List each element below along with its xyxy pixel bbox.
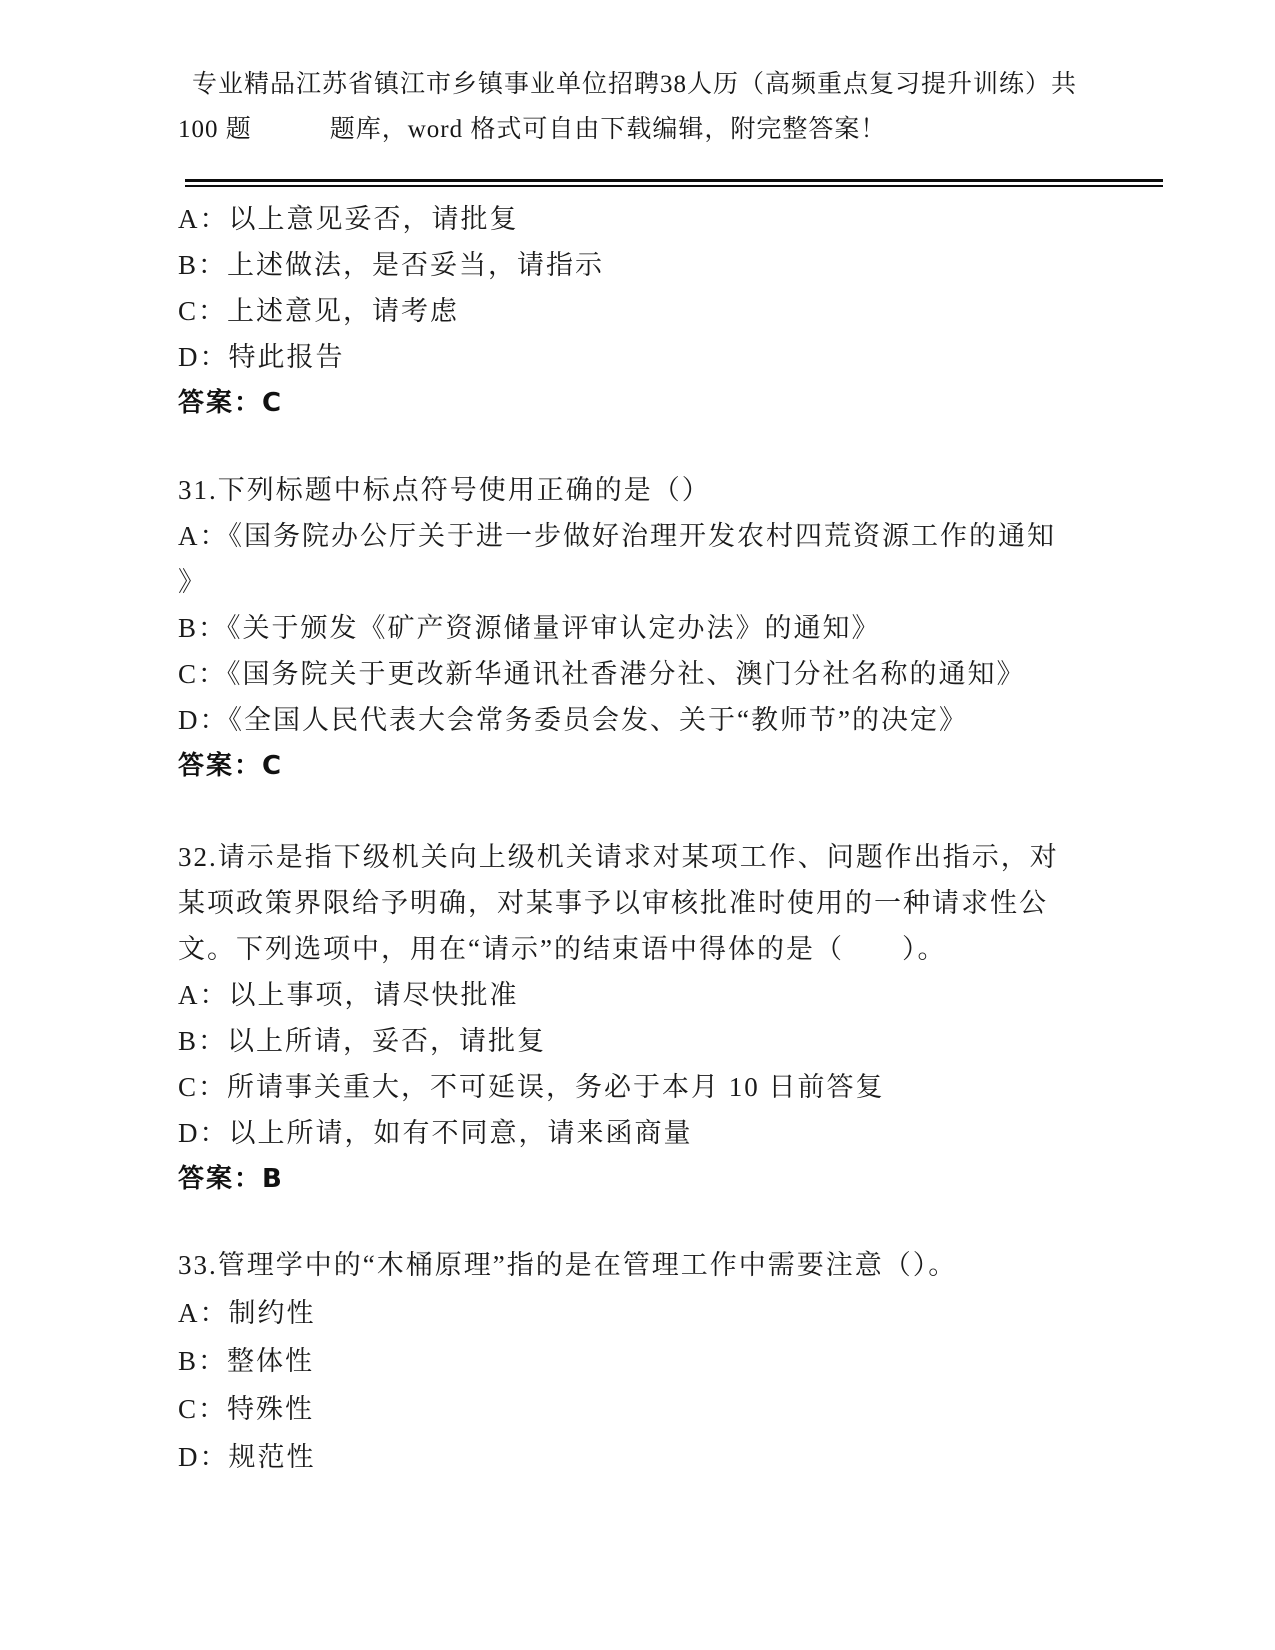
header-line-2: 100 题 题库，word 格式可自由下载编辑，附完整答案！ bbox=[178, 107, 1168, 152]
answer-line: 答案：C bbox=[178, 743, 1188, 789]
answer-line: 答案：B bbox=[178, 1156, 1188, 1202]
option-line-a: A：以上意见妥否，请批复 bbox=[178, 196, 1188, 242]
question-block-31: 31.下列标题中标点符号使用正确的是（） A：《国务院办公厅关于进一步做好治理开… bbox=[178, 467, 1188, 789]
question-stem-line-1: 32.请示是指下级机关向上级机关请求对某项工作、问题作出指示，对 bbox=[178, 834, 1188, 880]
option-line-d: D：规范性 bbox=[178, 1433, 1188, 1481]
question-stem-line: 33.管理学中的“木桶原理”指的是在管理工作中需要注意（）。 bbox=[178, 1241, 1188, 1289]
question-stem-line: 31.下列标题中标点符号使用正确的是（） bbox=[178, 467, 1188, 513]
option-line-b: B：整体性 bbox=[178, 1337, 1188, 1385]
option-line-d: D：以上所请，如有不同意，请来函商量 bbox=[178, 1110, 1188, 1156]
option-line-c: C：所请事关重大，不可延误，务必于本月 10 日前答复 bbox=[178, 1064, 1188, 1110]
option-line-c: C：上述意见，请考虑 bbox=[178, 288, 1188, 334]
question-block-33: 33.管理学中的“木桶原理”指的是在管理工作中需要注意（）。 A：制约性 B：整… bbox=[178, 1241, 1188, 1481]
option-line-a: A：制约性 bbox=[178, 1289, 1188, 1337]
question-stem-line-2: 某项政策界限给予明确，对某事予以审核批准时使用的一种请求性公 bbox=[178, 880, 1188, 926]
option-line-c: C：特殊性 bbox=[178, 1385, 1188, 1433]
document-page: 专业精品江苏省镇江市乡镇事业单位招聘38人历（高频重点复习提升训练）共 100 … bbox=[0, 0, 1275, 1650]
page-header: 专业精品江苏省镇江市乡镇事业单位招聘38人历（高频重点复习提升训练）共 100 … bbox=[178, 62, 1168, 152]
header-line-1: 专业精品江苏省镇江市乡镇事业单位招聘38人历（高频重点复习提升训练）共 bbox=[178, 62, 1168, 107]
option-line-a-wrap: 》 bbox=[178, 559, 1188, 605]
option-line-c: C：《国务院关于更改新华通讯社香港分社、澳门分社名称的通知》 bbox=[178, 651, 1188, 697]
option-line-a: A：以上事项，请尽快批准 bbox=[178, 972, 1188, 1018]
question-block-continuation: A：以上意见妥否，请批复 B：上述做法，是否妥当，请指示 C：上述意见，请考虑 … bbox=[178, 196, 1188, 426]
option-line-d: D：特此报告 bbox=[178, 334, 1188, 380]
option-line-b: B：上述做法，是否妥当，请指示 bbox=[178, 242, 1188, 288]
option-line-a: A：《国务院办公厅关于进一步做好治理开发农村四荒资源工作的通知 bbox=[178, 513, 1188, 559]
option-line-b: B：以上所请，妥否，请批复 bbox=[178, 1018, 1188, 1064]
answer-line: 答案：C bbox=[178, 380, 1188, 426]
option-line-b: B：《关于颁发《矿产资源储量评审认定办法》的通知》 bbox=[178, 605, 1188, 651]
question-stem-line-3: 文。下列选项中，用在“请示”的结束语中得体的是（ ）。 bbox=[178, 926, 1188, 972]
option-line-d: D：《全国人民代表大会常务委员会发、关于“教师节”的决定》 bbox=[178, 697, 1188, 743]
header-divider bbox=[185, 179, 1163, 187]
question-block-32: 32.请示是指下级机关向上级机关请求对某项工作、问题作出指示，对 某项政策界限给… bbox=[178, 834, 1188, 1202]
